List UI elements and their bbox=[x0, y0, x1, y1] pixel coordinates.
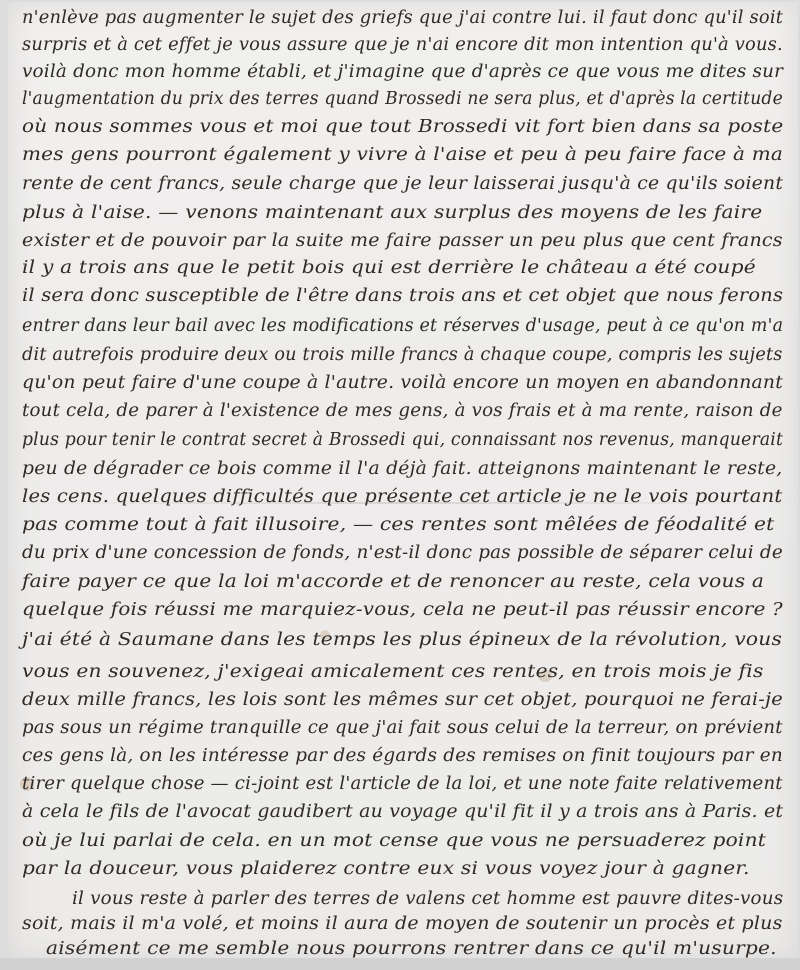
text-line: il sera donc susceptible de l'être dans … bbox=[22, 286, 783, 306]
text-line: deux mille francs, les lois sont les mêm… bbox=[22, 690, 783, 710]
text-line: j'ai été à Saumane dans les temps les pl… bbox=[22, 630, 782, 650]
text-line: l'augmentation du prix des terres quand … bbox=[22, 89, 783, 109]
text-line: soit, mais il m'a volé, et moins il aura… bbox=[22, 914, 783, 934]
text-line: peu de dégrader ce bois comme il l'a déj… bbox=[22, 459, 782, 479]
text-line: aisément ce me semble nous pourrons rent… bbox=[46, 939, 777, 959]
text-line: n'enlève pas augmenter le sujet des grie… bbox=[22, 8, 783, 28]
text-line: où nous sommes vous et moi que tout Bros… bbox=[22, 117, 783, 137]
text-line: exister et de pouvoir par la suite me fa… bbox=[22, 231, 783, 251]
text-line: il y a trois ans que le petit bois qui e… bbox=[22, 258, 756, 278]
text-line: plus pour tenir le contrat secret à Bros… bbox=[22, 430, 783, 450]
text-line: tout cela, de parer à l'existence de mes… bbox=[22, 401, 783, 421]
text-line: plus à l'aise. — venons maintenant aux s… bbox=[22, 203, 762, 223]
page-bottom-edge bbox=[0, 958, 800, 970]
text-line: les cens. quelques difficultés que prése… bbox=[22, 487, 782, 507]
text-line: il vous reste à parler des terres de val… bbox=[72, 889, 783, 909]
text-line: quelque fois réussi me marquiez-vous, ce… bbox=[22, 600, 783, 620]
text-line: dit autrefois produire deux ou trois mil… bbox=[22, 345, 783, 365]
manuscript-page: n'enlève pas augmenter le sujet des grie… bbox=[8, 2, 798, 960]
text-line: voilà donc mon homme établi, et j'imagin… bbox=[22, 62, 783, 82]
text-line: du prix d'une concession de fonds, n'est… bbox=[22, 543, 783, 563]
text-line: surpris et à cet effet je vous assure qu… bbox=[22, 35, 783, 55]
text-line: rente de cent francs, seule charge que j… bbox=[22, 174, 783, 194]
text-line: pas sous un régime tranquille ce que j'a… bbox=[22, 718, 783, 738]
text-line: qu'on peut faire d'une coupe à l'autre. … bbox=[22, 373, 783, 393]
text-line: où je lui parlai de cela. en un mot cens… bbox=[22, 831, 766, 851]
text-line: ces gens là, on les intéresse par des ég… bbox=[22, 746, 783, 766]
text-line: mes gens pourront également y vivre à l'… bbox=[22, 145, 783, 165]
text-line: à cela le fils de l'avocat gaudibert au … bbox=[22, 802, 783, 822]
text-line: pas comme tout à fait illusoire, — ces r… bbox=[22, 515, 774, 535]
text-line: tirer quelque chose — ci-joint est l'art… bbox=[22, 774, 783, 794]
text-line: faire payer ce que la loi m'accorde et d… bbox=[22, 572, 764, 592]
text-line: entrer dans leur bail avec les modificat… bbox=[22, 316, 783, 336]
text-line: vous en souvenez, j'exigeai amicalement … bbox=[22, 662, 764, 682]
text-line: par la douceur, vous plaiderez contre eu… bbox=[22, 859, 750, 879]
